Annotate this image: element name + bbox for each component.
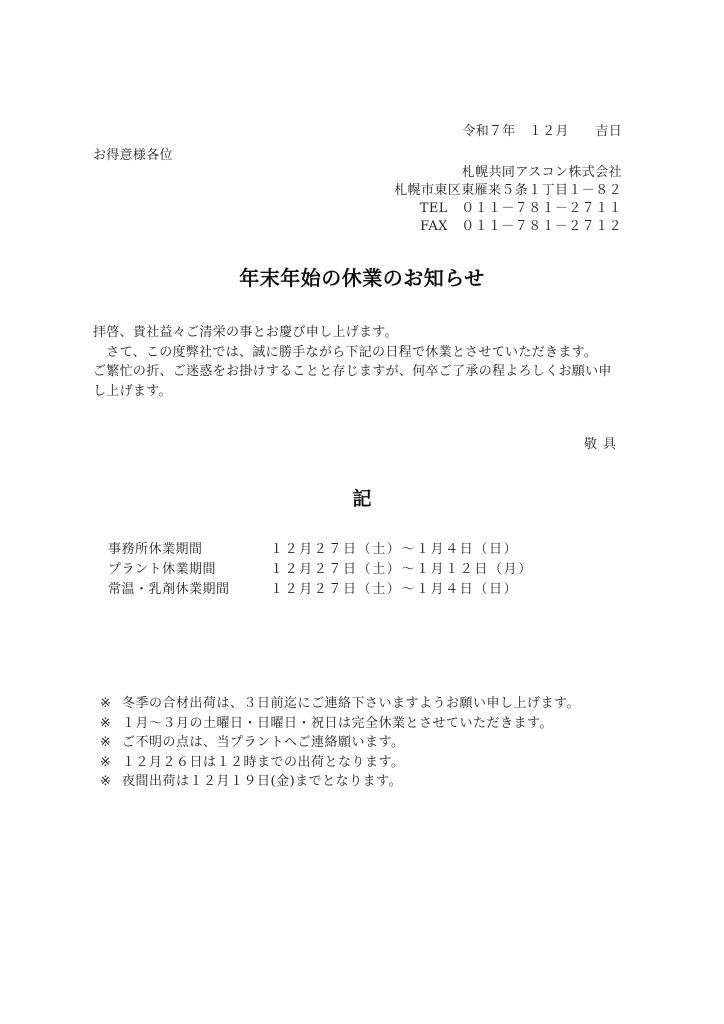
ki-heading: 記 <box>0 484 724 511</box>
reference-mark-icon: ※ <box>100 733 122 753</box>
sender-address: 札幌市東区東雁来５条１丁目１－８２ <box>394 182 622 200</box>
body-paragraph: 拝啓、貴社益々ご清栄の事とお慶び申し上げます。 さて、この度弊社では、誠に勝手な… <box>93 323 612 401</box>
notes-list: ※ 冬季の合材出荷は、３日前迄にご連絡下さいますようお願い申し上げます。 ※ １… <box>100 694 580 792</box>
body-line: さて、この度弊社では、誠に勝手ながら下記の日程で休業とさせていただきます。 <box>93 343 612 363</box>
sender-tel: TEL ０１１－７８１－２７１１ <box>394 200 622 218</box>
reference-mark-icon: ※ <box>100 714 122 734</box>
note-text: ご不明の点は、当プラントへご連絡願います。 <box>122 733 404 753</box>
schedule-row: 事務所休業期間 １２月２７日（土）～１月４日（日） <box>108 540 533 560</box>
issue-date: 令和７年 １２月 吉日 <box>462 124 622 140</box>
schedule-period: １２月２７日（土）～１月４日（日） <box>270 540 518 560</box>
note-text: 夜間出荷は１２月１９日(金)までとなります。 <box>122 772 402 792</box>
schedule-label: 常温・乳剤休業期間 <box>108 580 270 600</box>
schedule-row: プラント休業期間 １２月２７日（土）～１月１２日（月） <box>108 560 533 580</box>
note-text: １２月２６日は１２時までの出荷となります。 <box>122 753 404 773</box>
body-line: 拝啓、貴社益々ご清栄の事とお慶び申し上げます。 <box>93 323 612 343</box>
sender-fax: FAX ０１１－７８１－２７１２ <box>394 218 622 236</box>
note-item: ※ １月～３月の土曜日・日曜日・祝日は完全休業とさせていただきます。 <box>100 714 580 734</box>
body-line: ご繁忙の折、ご迷惑をお掛けすることと存じますが、何卒ご了承の程よろしくお願い申 <box>93 362 612 382</box>
closing-salutation: 敬具 <box>584 433 622 452</box>
schedule-row: 常温・乳剤休業期間 １２月２７日（土）～１月４日（日） <box>108 580 533 600</box>
holiday-schedule: 事務所休業期間 １２月２７日（土）～１月４日（日） プラント休業期間 １２月２７… <box>108 540 533 600</box>
sender-company: 札幌共同アスコン株式会社 <box>394 164 622 182</box>
schedule-period: １２月２７日（土）～１月１２日（月） <box>270 560 533 580</box>
reference-mark-icon: ※ <box>100 753 122 773</box>
sender-block: 札幌共同アスコン株式会社 札幌市東区東雁来５条１丁目１－８２ TEL ０１１－７… <box>394 164 622 236</box>
schedule-label: 事務所休業期間 <box>108 540 270 560</box>
note-item: ※ 冬季の合材出荷は、３日前迄にご連絡下さいますようお願い申し上げます。 <box>100 694 580 714</box>
reference-mark-icon: ※ <box>100 772 122 792</box>
note-item: ※ ご不明の点は、当プラントへご連絡願います。 <box>100 733 580 753</box>
note-item: ※ １２月２６日は１２時までの出荷となります。 <box>100 753 580 773</box>
reference-mark-icon: ※ <box>100 694 122 714</box>
body-line: し上げます。 <box>93 382 612 402</box>
schedule-period: １２月２７日（土）～１月４日（日） <box>270 580 518 600</box>
recipient: お得意様各位 <box>93 148 173 164</box>
note-item: ※ 夜間出荷は１２月１９日(金)までとなります。 <box>100 772 580 792</box>
note-text: １月～３月の土曜日・日曜日・祝日は完全休業とさせていただきます。 <box>122 714 553 734</box>
note-text: 冬季の合材出荷は、３日前迄にご連絡下さいますようお願い申し上げます。 <box>122 694 580 714</box>
schedule-label: プラント休業期間 <box>108 560 270 580</box>
document-title: 年末年始の休業のお知らせ <box>0 262 724 291</box>
